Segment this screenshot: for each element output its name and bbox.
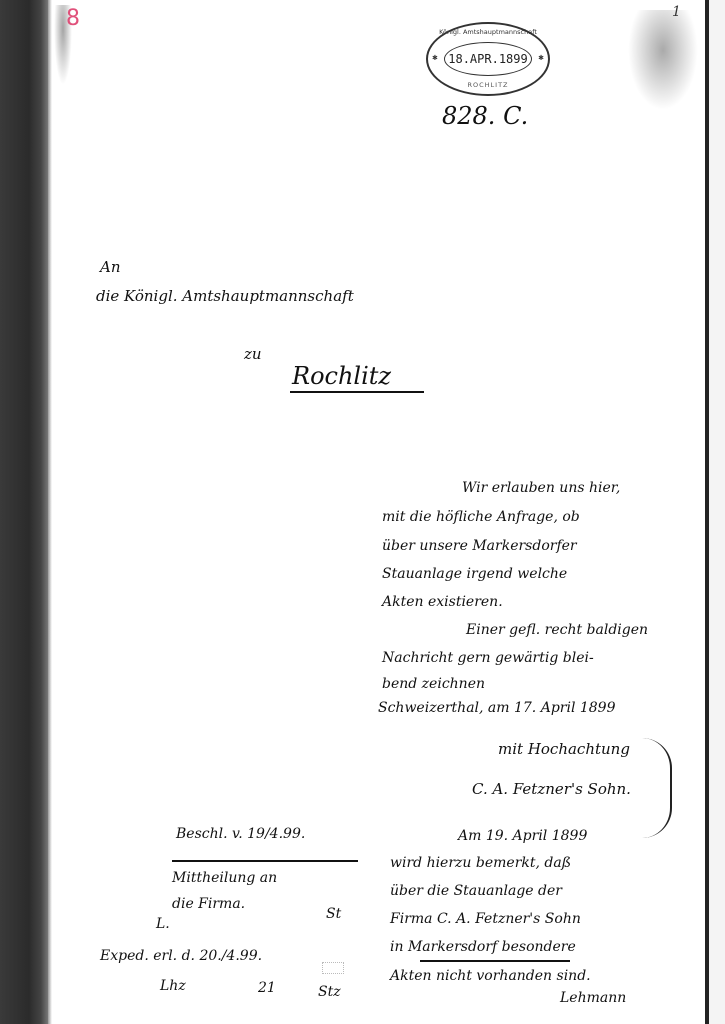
- company-signature: C. A. Fetzner's Sohn.: [472, 780, 631, 798]
- corner-page-number: 1: [672, 4, 681, 20]
- margin-decision-heading: Beschl. v. 19/4.99.: [176, 826, 305, 842]
- margin-heading-underline: [172, 860, 358, 862]
- address-zu: zu: [244, 345, 262, 363]
- body-line: Schweizerthal, am 17. April 1899: [378, 700, 616, 716]
- stamp-date: 18.APR.1899: [444, 42, 532, 76]
- clerk-signature: Lehmann: [560, 990, 626, 1006]
- city-underline: [290, 391, 424, 393]
- reference-number: 828. C.: [442, 102, 528, 130]
- note-line: wird hierzu bemerkt, daß: [390, 855, 571, 871]
- margin-note-line: die Firma.: [172, 896, 245, 912]
- body-line: Wir erlauben uns hier,: [462, 480, 620, 496]
- closing-greeting: mit Hochachtung: [498, 740, 630, 758]
- margin-signature-2: Stz: [318, 984, 341, 1000]
- body-line: bend zeichnen: [382, 676, 485, 692]
- expedition-note: Exped. erl. d. 20./4.99.: [100, 948, 262, 964]
- faint-pencil-mark: [322, 962, 344, 974]
- binding-edge-dark: [0, 0, 48, 1024]
- toner-smudge-right: [628, 10, 698, 110]
- stamp-authority-text: Königl. Amtshauptmannschaft: [428, 28, 548, 36]
- stamp-city-text: ROCHLITZ: [428, 81, 548, 89]
- margin-initial-right: St: [326, 906, 341, 922]
- markersdorf-underline: [420, 960, 570, 962]
- address-line-an: An: [100, 258, 121, 276]
- body-line: Nachricht gern gewärtig blei-: [382, 650, 594, 666]
- red-folio-number: 8: [66, 6, 80, 31]
- stamp-star-icon: ✱: [432, 54, 438, 62]
- address-city: Rochlitz: [292, 362, 391, 390]
- note-line: Firma C. A. Fetzner's Sohn: [390, 911, 581, 927]
- margin-number: 21: [258, 980, 276, 996]
- margin-note-line: Mittheilung an: [172, 870, 277, 886]
- stamp-star-icon: ✱: [538, 54, 544, 62]
- body-line: Akten existieren.: [382, 594, 503, 610]
- margin-initial-left: L.: [156, 916, 170, 932]
- note-line: Am 19. April 1899: [458, 828, 587, 844]
- body-line: Stauanlage irgend welche: [382, 566, 567, 582]
- body-line: Einer gefl. recht baldigen: [466, 622, 648, 638]
- body-line: mit die höfliche Anfrage, ob: [382, 509, 580, 525]
- receipt-stamp: Königl. Amtshauptmannschaft ✱ 18.APR.189…: [426, 22, 550, 96]
- binding-shadow: [48, 0, 52, 1024]
- note-line: Akten nicht vorhanden sind.: [390, 968, 591, 984]
- address-authority: die Königl. Amtshauptmannschaft: [96, 287, 354, 305]
- body-line: über unsere Markersdorfer: [382, 538, 577, 554]
- margin-signature-1: Lhz: [160, 978, 186, 994]
- page-right-margin: [709, 0, 725, 1024]
- signature-bracket: [640, 738, 672, 838]
- note-line: über die Stauanlage der: [390, 883, 562, 899]
- note-line: in Markersdorf besondere: [390, 939, 576, 955]
